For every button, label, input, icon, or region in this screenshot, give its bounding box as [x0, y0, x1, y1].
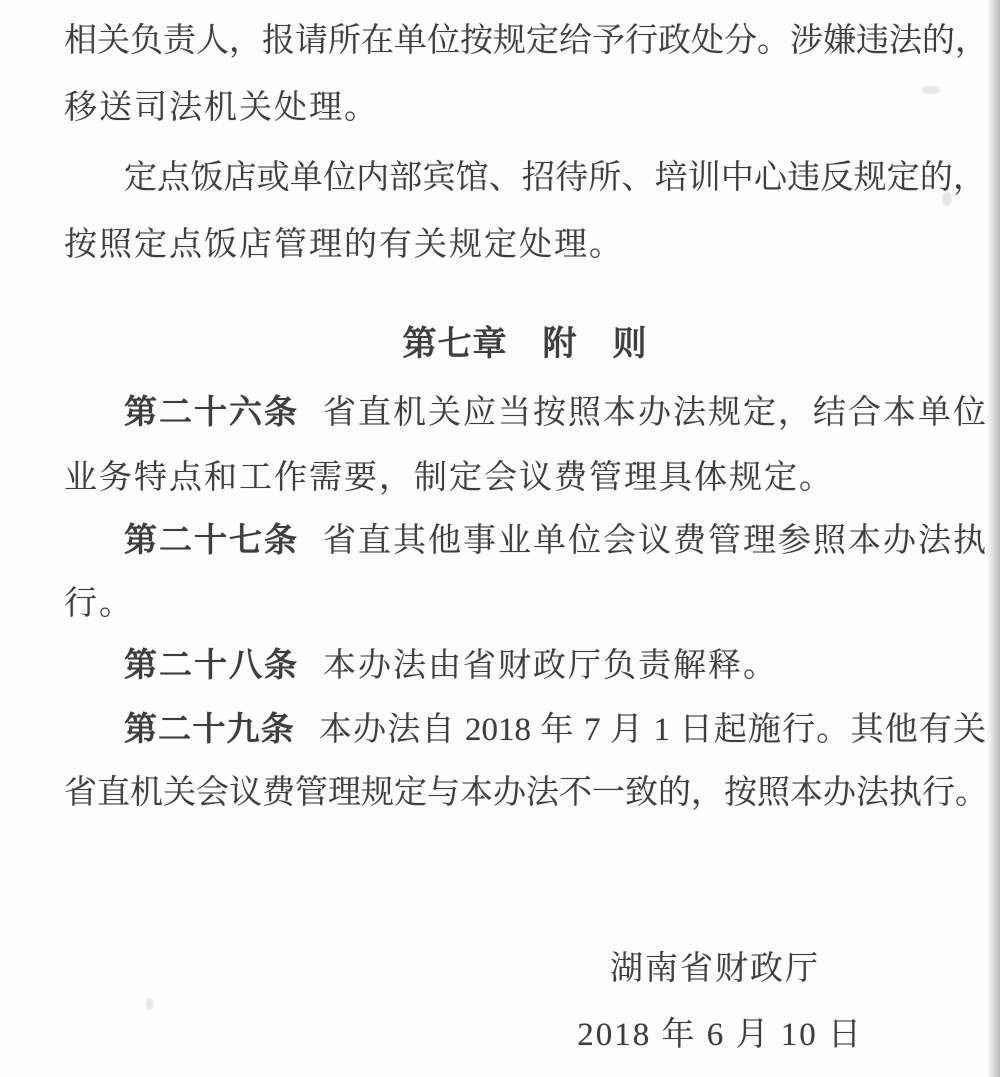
- line-text: 本办法自 2018 年 7 月 1 日起施行。其他有关: [319, 712, 986, 748]
- scan-artifact: [942, 192, 952, 206]
- line-text: 相关负责人，报请所在单位按规定给予行政处分。涉嫌违法的，: [64, 23, 988, 59]
- signature-org: 湖南省财政厅: [610, 948, 820, 990]
- scan-artifact: [146, 998, 153, 1010]
- paragraph-line: 业务特点和工作需要，制定会议费管理具体规定。: [64, 457, 986, 499]
- signature-date: 2018 年 6 月 10 日: [577, 1014, 863, 1056]
- article-number: 第二十九条: [124, 712, 295, 748]
- line-text: 省直机关应当按照本办法规定，结合本单位: [323, 395, 986, 431]
- scan-artifact: [922, 86, 940, 94]
- paragraph-line: 按照定点饭店管理的有关规定处理。: [64, 224, 986, 266]
- paragraph-line: 行。: [64, 583, 986, 625]
- paragraph-line: 第二十六条省直机关应当按照本办法规定，结合本单位: [64, 392, 986, 434]
- line-text: 按照定点饭店管理的有关规定处理。: [64, 227, 624, 263]
- paragraph-line: 第二十九条本办法自 2018 年 7 月 1 日起施行。其他有关: [64, 709, 986, 751]
- paragraph-line: 第二十八条本办法由省财政厅负责解释。: [64, 645, 986, 687]
- line-text: 省直其他事业单位会议费管理参照本办法执: [323, 523, 986, 559]
- paragraph-line: 移送司法机关处理。: [64, 87, 986, 129]
- paragraph-line: 第二十七条省直其他事业单位会议费管理参照本办法执: [64, 520, 986, 562]
- article-number: 第二十七条: [124, 523, 299, 559]
- line-text: 行。: [64, 586, 134, 622]
- document-page: 相关负责人，报请所在单位按规定给予行政处分。涉嫌违法的， 移送司法机关处理。 定…: [0, 0, 1000, 1077]
- line-text: 省直机关会议费管理规定与本办法不一致的，按照本办法执行。: [64, 775, 988, 811]
- paragraph-line: 相关负责人，报请所在单位按规定给予行政处分。涉嫌违法的，: [64, 20, 986, 62]
- line-text: 业务特点和工作需要，制定会议费管理具体规定。: [64, 460, 834, 496]
- scan-edge-shadow: [987, 0, 1000, 1077]
- paragraph-line: 定点饭店或单位内部宾馆、招待所、培训中心违反规定的，: [64, 157, 986, 199]
- paragraph-line: 省直机关会议费管理规定与本办法不一致的，按照本办法执行。: [64, 772, 986, 814]
- article-number: 第二十六条: [124, 395, 299, 431]
- line-text: 定点饭店或单位内部宾馆、招待所、培训中心违反规定的，: [124, 160, 986, 196]
- line-text: 移送司法机关处理。: [64, 90, 379, 126]
- chapter-heading: 第七章 附 则: [64, 324, 986, 366]
- line-text: 本办法由省财政厅负责解释。: [323, 648, 778, 684]
- article-number: 第二十八条: [124, 648, 299, 684]
